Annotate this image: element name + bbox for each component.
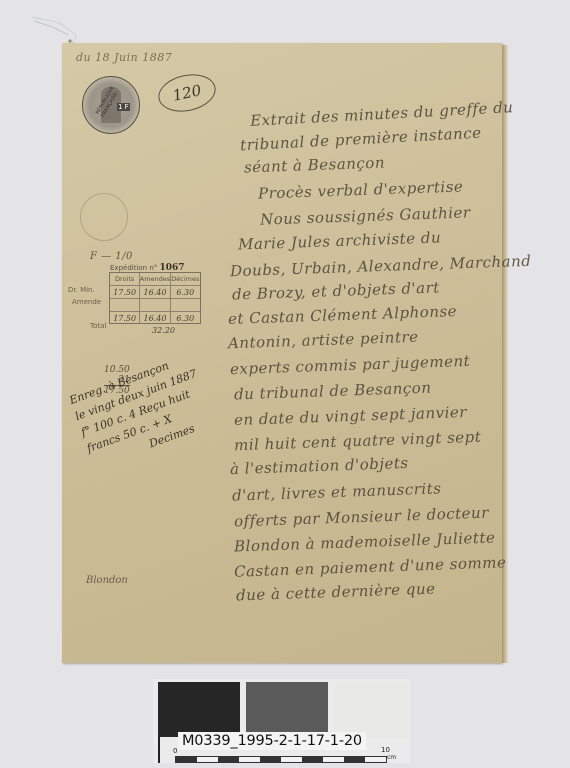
black-swatch bbox=[158, 682, 240, 737]
body-line: Blondon à mademoiselle Juliette bbox=[234, 528, 496, 555]
registration-prefix: F — 1/0 bbox=[90, 251, 133, 262]
body-line: due à cette dernière que bbox=[236, 580, 436, 605]
column-header: Décimes bbox=[171, 273, 200, 285]
scale-start-label: 0 bbox=[173, 747, 177, 755]
body-line: offerts par Monsieur le docteur bbox=[234, 504, 489, 531]
date-note: du 18 Juin 1887 bbox=[76, 51, 172, 64]
signature: Blondon bbox=[86, 575, 128, 586]
scale-bar bbox=[175, 756, 387, 763]
registration-total: 32.20 bbox=[152, 326, 175, 335]
body-line: séant à Besançon bbox=[244, 154, 386, 177]
object-identifier: M0339_1995-2-1-17-1-20 bbox=[178, 732, 366, 750]
registration-row: 17.50 16.40 6.30 bbox=[110, 286, 200, 299]
binding-string bbox=[30, 15, 85, 43]
body-line: experts commis par jugement bbox=[230, 352, 471, 378]
scale-end-label: 10 bbox=[381, 746, 390, 754]
body-line: d'art, livres et manuscrits bbox=[232, 479, 442, 504]
tax-stamp: RÉPUBLIQUE FRANÇAISE 1 F bbox=[82, 76, 140, 134]
registration-header-label: Expédition n° bbox=[110, 264, 157, 272]
white-swatch bbox=[334, 682, 408, 737]
registration-row: 17.50 16.40 6.30 bbox=[110, 312, 200, 324]
body-line: mil huit cent quatre vingt sept bbox=[234, 428, 482, 455]
table-cell: 17.50 bbox=[110, 312, 140, 324]
scale-unit-label: cm bbox=[387, 754, 396, 761]
body-line: et Castan Clément Alphonse bbox=[228, 302, 458, 328]
stamp-value: 1 F bbox=[117, 103, 130, 111]
folio-number: 120 bbox=[171, 81, 203, 105]
registration-header-row: Droits Amendes Décimes bbox=[110, 273, 200, 286]
table-cell bbox=[171, 299, 200, 311]
body-line: de Brozy, et d'objets d'art bbox=[232, 278, 440, 303]
body-line: Nous soussignés Gauthier bbox=[260, 203, 471, 228]
body-line: Antonin, artiste peintre bbox=[228, 328, 419, 353]
table-cell bbox=[110, 299, 140, 311]
body-line: en date du vingt sept janvier bbox=[234, 403, 467, 429]
calibration-target: M0339_1995-2-1-17-1-20 0 10 cm bbox=[153, 679, 410, 763]
manuscript-page: du 18 Juin 1887 RÉPUBLIQUE FRANÇAISE 1 F… bbox=[62, 43, 502, 663]
row-label: Dr. Min. bbox=[68, 286, 95, 294]
column-header: Droits bbox=[110, 273, 140, 285]
embossed-seal bbox=[80, 193, 128, 241]
row-label: Amende bbox=[72, 298, 101, 306]
table-cell bbox=[140, 299, 170, 311]
gray-swatch bbox=[246, 682, 328, 737]
table-cell: 16.40 bbox=[140, 286, 170, 298]
table-cell: 6.30 bbox=[171, 286, 200, 298]
body-line: Doubs, Urbain, Alexandre, Marchand bbox=[230, 252, 532, 281]
body-line: Procès verbal d'expertise bbox=[258, 177, 464, 202]
table-cell: 17.50 bbox=[110, 286, 140, 298]
row-label: Total bbox=[90, 322, 106, 330]
body-line: Castan en paiement d'une somme bbox=[234, 553, 507, 580]
body-line: du tribunal de Besançon bbox=[234, 379, 432, 404]
body-line: Marie Jules archiviste du bbox=[238, 228, 442, 253]
calibration-edge bbox=[158, 737, 160, 763]
body-line: à l'estimation d'objets bbox=[230, 454, 409, 478]
table-cell: 16.40 bbox=[140, 312, 170, 324]
registration-row bbox=[110, 299, 200, 312]
enregistrement-note: Enreg. à Besançon le vingt deux juin 188… bbox=[67, 349, 217, 473]
registration-table: Droits Amendes Décimes 17.50 16.40 6.30 … bbox=[109, 272, 201, 324]
column-header: Amendes bbox=[140, 273, 170, 285]
folio-number-oval: 120 bbox=[155, 69, 219, 116]
table-cell: 6.30 bbox=[171, 312, 200, 324]
